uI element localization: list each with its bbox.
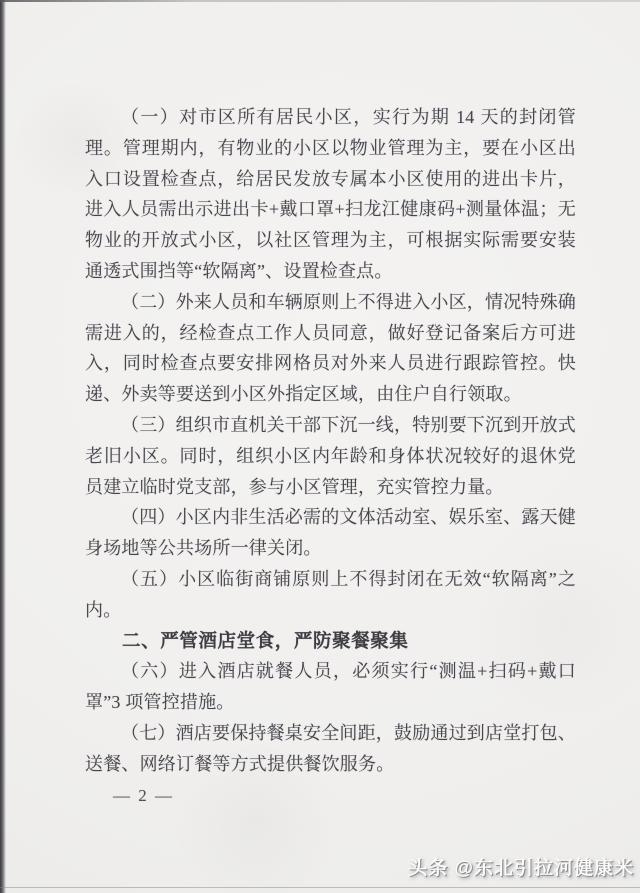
paragraph: （二）外来人员和车辆原则上不得进入小区，情况特殊确需进入的，经检查点工作人员同意… [85,287,576,410]
paragraph: （六）进入酒店就餐人员，必须实行“测温+扫码+戴口罩”3 项管控措施。 [85,656,576,718]
section-heading: 二、严管酒店堂食，严防聚餐聚集 [85,626,576,657]
page-number: — 2 — [113,786,174,806]
paragraph: （五）小区临街商铺原则上不得封闭在无效“软隔离”之内。 [85,564,576,626]
document-body: （一）对市区所有居民小区，实行为期 14 天的封闭管理。管理期内，有物业的小区以… [85,102,576,780]
scan-edge-left [0,0,6,893]
paragraph: （四）小区内非生活必需的文体活动室、娱乐室、露天健身场地等公共场所一律关闭。 [85,502,576,564]
scan-edge-bottom [0,887,640,888]
paragraph: （三）组织市直机关干部下沉一线，特别要下沉到开放式老旧小区。同时，组织小区内年龄… [85,410,576,502]
paragraph: （七）酒店要保持餐桌安全间距，鼓励通过到店堂打包、送餐、网络订餐等方式提供餐饮服… [85,718,576,780]
watermark: 头条 @东北引拉河健康米 [408,853,634,880]
paragraph: （一）对市区所有居民小区，实行为期 14 天的封闭管理。管理期内，有物业的小区以… [85,102,576,287]
scan-edge-top [0,0,640,2]
scanned-document-page: （一）对市区所有居民小区，实行为期 14 天的封闭管理。管理期内，有物业的小区以… [0,0,640,893]
